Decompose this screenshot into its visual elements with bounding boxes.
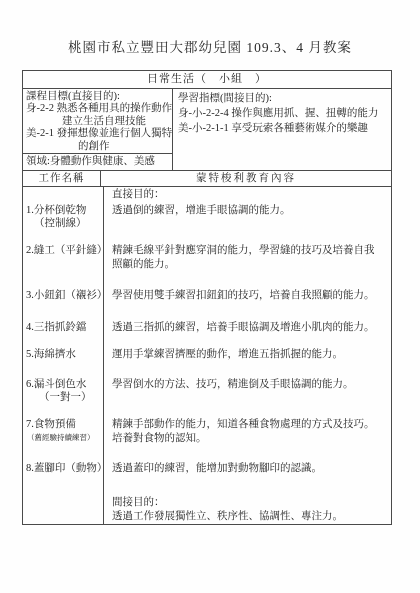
work-name-cell: 2.縫工（平針縫）: [23, 242, 104, 287]
goals-left-column: 課程目標(直接目的): 身-2-2 熟悉各種用具的操作動作 建立生活自理技能 美…: [23, 89, 173, 170]
work-content: 學習使用雙手練習扣鈕釦的技巧，培養自我照顧的能力。: [112, 289, 383, 303]
work-name-cell: [23, 494, 104, 524]
work-name: 6.漏斗倒色水: [26, 378, 103, 391]
work-content-cell: 透過倒的練習，增進手眼協調的能力。: [104, 202, 391, 242]
work-name-cell: 1.分杯倒乾物 （控制線）: [23, 202, 104, 242]
work-name: 8.蓋腳印（動物）: [26, 462, 103, 475]
work-name: 3.小鈕釦（襯衫）: [26, 289, 103, 302]
work-content: 透過三指抓的練習，培養手眼協調及增進小肌肉的能力。: [112, 321, 383, 335]
work-name-cell: 3.小鈕釦（襯衫）: [23, 287, 104, 319]
course-goal-line: 建立生活自理技能: [26, 116, 170, 128]
course-goal-line: 美-2-1 發揮想像並進行個人獨特: [26, 128, 170, 140]
work-name-cell: [23, 187, 104, 202]
work-subtitle: （控制線）: [26, 217, 103, 230]
work-content-cell: 透過三指抓的練習，培養手眼協調及增進小肌肉的能力。: [104, 319, 391, 346]
domain-cell: 領域:身體動作與健康、美感: [23, 154, 172, 170]
direct-purpose-row: 直接目的：: [23, 187, 391, 202]
category-header: 日常生活（ 小組 ）: [23, 71, 391, 89]
work-subtitle: （一對一）: [26, 391, 103, 404]
work-content: 學習倒水的方法、技巧，精進倒及手眼協調的能力。: [112, 378, 383, 392]
table-row: 2.縫工（平針縫） 精鍊毛線平針對應穿洞的能力，學習縫的技巧及培養自我照顧的能力…: [23, 242, 391, 287]
work-name: 4.三指抓鈴鐺: [26, 321, 103, 334]
direct-purpose-label: 直接目的：: [104, 187, 391, 202]
learning-index-heading: 學習指標(間接目的):: [178, 91, 391, 106]
work-content: 精鍊毛線平針對應穿洞的能力，學習縫的技巧及培養自我照顧的能力。: [112, 244, 383, 272]
work-content: 培養對食物的認知。: [112, 432, 383, 446]
table-row: 3.小鈕釦（襯衫） 學習使用雙手練習扣鈕釦的技巧，培養自我照顧的能力。: [23, 287, 391, 319]
page-title: 桃園市私立豐田大郡幼兒園 109.3、4 月教案: [0, 36, 420, 56]
work-content-cell: 透過蓋印的練習，能增加對動物腳印的認識。: [104, 460, 391, 494]
work-name: 5.海綿擠水: [26, 348, 103, 361]
indirect-purpose-label: 間接目的：: [112, 496, 383, 510]
work-content: 透過蓋印的練習，能增加對動物腳印的認識。: [112, 462, 383, 476]
work-name-column-header: 工作名稱: [23, 171, 101, 186]
work-name: 7.食物預備: [26, 418, 103, 431]
learning-index-cell: 學習指標(間接目的): 身-小-2-2-4 操作與應用抓、握、扭轉的能力 美-小…: [173, 89, 391, 170]
work-content-cell: 運用手掌練習擠壓的動作，增進五指抓握的能力。: [104, 346, 391, 376]
course-goal-cell: 課程目標(直接目的): 身-2-2 熟悉各種用具的操作動作 建立生活自理技能 美…: [23, 89, 172, 154]
table-row: 7.食物預備 （舊經驗持續練習） 精鍊手部動作的能力，知道各種食物處理的方式及技…: [23, 416, 391, 460]
indirect-purpose-content: 透過工作發展獨性立、秩序性、協調性、專注力。: [112, 510, 383, 524]
table-row: 4.三指抓鈴鐺 透過三指抓的練習，培養手眼協調及增進小肌肉的能力。: [23, 319, 391, 346]
work-items-area: 直接目的： 1.分杯倒乾物 （控制線） 透過倒的練習，增進手眼協調的能力。 2.…: [23, 187, 391, 524]
work-name-cell: 4.三指抓鈴鐺: [23, 319, 104, 346]
work-name-cell: 8.蓋腳印（動物）: [23, 460, 104, 494]
indirect-purpose-row: 間接目的： 透過工作發展獨性立、秩序性、協調性、專注力。: [23, 494, 391, 524]
work-content: 運用手掌練習擠壓的動作，增進五指抓握的能力。: [112, 348, 383, 362]
course-goal-line: 的創作: [26, 141, 170, 153]
montessori-content-column-header: 蒙特梭利教育內容: [101, 171, 391, 186]
work-content: 透過倒的練習，增進手眼協調的能力。: [112, 204, 383, 218]
column-header-row: 工作名稱 蒙特梭利教育內容: [23, 171, 391, 187]
work-name-cell: 5.海綿擠水: [23, 346, 104, 376]
goals-section: 課程目標(直接目的): 身-2-2 熟悉各種用具的操作動作 建立生活自理技能 美…: [23, 89, 391, 171]
work-content-cell: 精鍊手部動作的能力，知道各種食物處理的方式及技巧。 培養對食物的認知。: [104, 416, 391, 460]
work-content-cell: 學習倒水的方法、技巧，精進倒及手眼協調的能力。: [104, 376, 391, 416]
table-row: 8.蓋腳印（動物） 透過蓋印的練習，能增加對動物腳印的認識。: [23, 460, 391, 494]
work-content-cell: 精鍊毛線平針對應穿洞的能力，學習縫的技巧及培養自我照顧的能力。: [104, 242, 391, 287]
work-subtitle: （舊經驗持續練習）: [26, 431, 103, 444]
lesson-plan-table: 日常生活（ 小組 ） 課程目標(直接目的): 身-2-2 熟悉各種用具的操作動作…: [22, 70, 392, 525]
course-goal-line: 身-2-2 熟悉各種用具的操作動作: [26, 103, 170, 115]
table-row: 6.漏斗倒色水 （一對一） 學習倒水的方法、技巧，精進倒及手眼協調的能力。: [23, 376, 391, 416]
work-name: 2.縫工（平針縫）: [26, 244, 103, 257]
learning-index-line: 身-小-2-2-4 操作與應用抓、握、扭轉的能力: [178, 106, 391, 121]
learning-index-line: 美-小-2-1-1 享受玩索各種藝術媒介的樂趣: [178, 121, 391, 136]
work-name-cell: 7.食物預備 （舊經驗持續練習）: [23, 416, 104, 460]
work-name-cell: 6.漏斗倒色水 （一對一）: [23, 376, 104, 416]
course-goal-heading: 課程目標(直接目的):: [26, 91, 170, 103]
work-content-cell: 學習使用雙手練習扣鈕釦的技巧，培養自我照顧的能力。: [104, 287, 391, 319]
indirect-purpose-cell: 間接目的： 透過工作發展獨性立、秩序性、協調性、專注力。: [104, 494, 391, 524]
table-row: 5.海綿擠水 運用手掌練習擠壓的動作，增進五指抓握的能力。: [23, 346, 391, 376]
table-row: 1.分杯倒乾物 （控制線） 透過倒的練習，增進手眼協調的能力。: [23, 202, 391, 242]
work-name: 1.分杯倒乾物: [26, 204, 103, 217]
work-content: 精鍊手部動作的能力，知道各種食物處理的方式及技巧。: [112, 418, 383, 432]
